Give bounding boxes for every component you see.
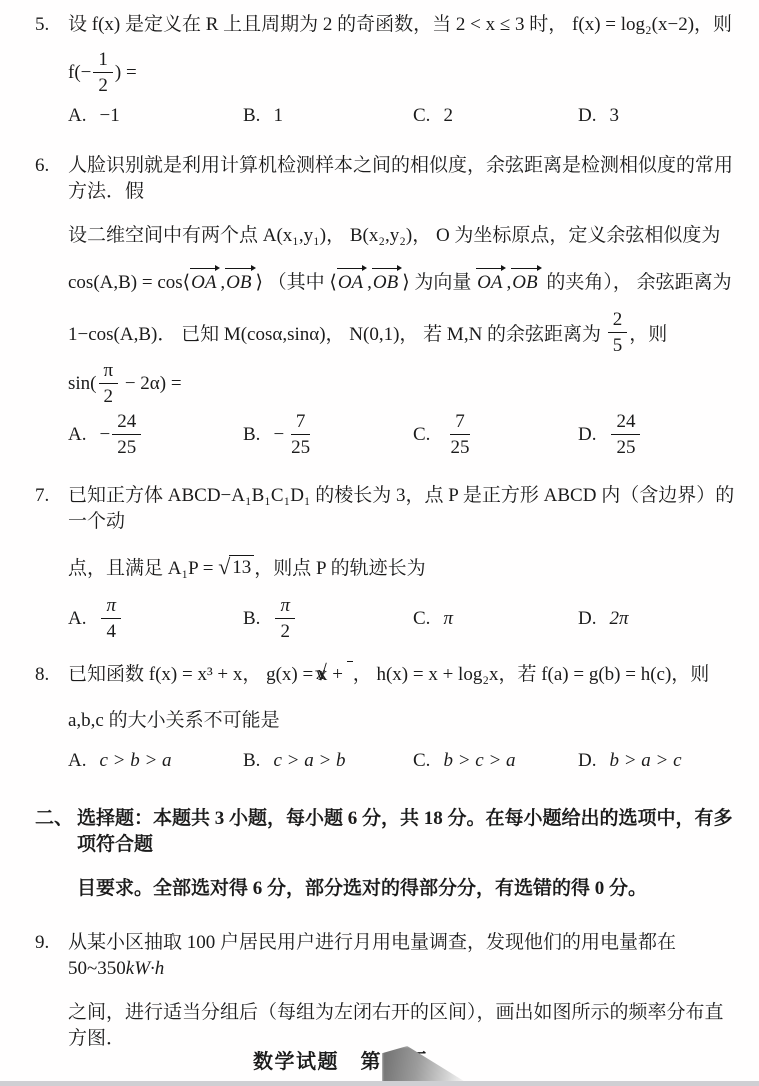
q7-line-1: 7.已知正方体 ABCD−A₁B₁C₁D₁ 的棱长为 3，点 P 是正方形 AB…	[68, 483, 735, 535]
option-d: D.3	[578, 105, 735, 127]
q6-number: 6.	[35, 153, 68, 179]
vector-OA: OA	[190, 265, 220, 296]
q7-number: 7.	[35, 483, 68, 509]
q5-line-1: 5.设 f(x) 是定义在 R 上且周期为 2 的奇函数，当 2 < x ≤ 3…	[68, 12, 735, 38]
q6-line-1: 6.人脸识别就是利用计算机检测样本之间的相似度，余弦距离是检测相似度的常用方法．…	[68, 153, 735, 205]
vector-OA: OA	[476, 265, 506, 296]
q9-line-2: 之间，进行适当分组后（每组为左闭右开的区间），画出如图所示的频率分布直方图．	[68, 1000, 735, 1052]
option-b: B.π2	[243, 594, 413, 643]
q8-line-1: 8.已知函数 f(x) = x³ + x， g(x) = x + √x， h(x…	[68, 661, 735, 688]
q6-line-3: cos(A,B) = cos⟨OA,OB⟩ （其中 ⟨OA,OB⟩ 为向量 OA…	[68, 265, 735, 296]
option-c: C.b > c > a	[413, 750, 578, 772]
option-b: B.c > a > b	[243, 750, 413, 772]
section-2-header: 二、选择题：本题共 3 小题，每小题 6 分，共 18 分。在每小题给出的选项中…	[35, 806, 735, 902]
vector-OA: OA	[337, 265, 367, 296]
fraction: 725	[286, 410, 315, 459]
q9-number: 9.	[35, 930, 68, 956]
fraction: π2	[275, 594, 295, 643]
q8-line-2: a,b,c 的大小关系不可能是	[68, 708, 735, 734]
exam-page: 5.设 f(x) 是定义在 R 上且周期为 2 的奇函数，当 2 < x ≤ 3…	[0, 0, 759, 1086]
q7-options: A.π4 B.π2 C.π D.2π	[68, 594, 735, 643]
option-a: A.c > b > a	[68, 750, 243, 772]
fraction: 725	[445, 410, 474, 459]
option-d: D.2425	[578, 410, 735, 459]
section2-line-2: 目要求。全部选对得 6 分，部分选对的得部分分，有选错的得 0 分。	[77, 876, 735, 902]
q7-line-2: 点，且满足 A₁P = √13，则点 P 的轨迹长为	[68, 555, 735, 582]
q7-line1-text: 已知正方体 ABCD−A₁B₁C₁D₁ 的棱长为 3，点 P 是正方形 ABCD…	[68, 485, 734, 532]
question-6: 6.人脸识别就是利用计算机检测样本之间的相似度，余弦距离是检测相似度的常用方法．…	[35, 153, 735, 459]
fraction: 2425	[112, 410, 141, 459]
option-a: A.−2425	[68, 410, 243, 459]
fraction: π4	[101, 594, 121, 643]
fraction: 2425	[611, 410, 640, 459]
q9-line-1: 9.从某小区抽取 100 户居民用户进行月用电量调查，发现他们的用电量都在 50…	[68, 930, 735, 982]
q5-number: 5.	[35, 12, 68, 38]
option-c: C.π	[413, 608, 578, 630]
question-5: 5.设 f(x) 是定义在 R 上且周期为 2 的奇函数，当 2 < x ≤ 3…	[35, 12, 735, 127]
option-c: C.725	[413, 410, 578, 459]
q5-expr-post: ) =	[115, 62, 137, 84]
option-c: C.2	[413, 105, 578, 127]
section2-number: 二、	[35, 806, 77, 832]
fraction: 12	[93, 48, 113, 97]
fraction: π2	[99, 359, 119, 408]
scan-edge	[0, 1081, 759, 1086]
option-d: D.b > a > c	[578, 750, 735, 772]
q5-expression: f(− 12 ) =	[68, 48, 735, 97]
fraction: 25	[608, 308, 628, 357]
q6-line-4: 1−cos(A,B)． 已知 M(cosα,sinα)， N(0,1)， 若 M…	[68, 308, 735, 357]
vector-OB: OB	[225, 265, 255, 296]
vector-OB: OB	[511, 265, 541, 296]
option-b: B.−725	[243, 410, 413, 459]
q8-options: A.c > b > a B.c > a > b C.b > c > a D.b …	[68, 750, 735, 772]
q5-line1-text: 设 f(x) 是定义在 R 上且周期为 2 的奇函数，当 2 < x ≤ 3 时…	[68, 14, 732, 35]
section2-line-1: 二、选择题：本题共 3 小题，每小题 6 分，共 18 分。在每小题给出的选项中…	[77, 806, 735, 858]
option-a: A.−1	[68, 105, 243, 127]
question-9: 9.从某小区抽取 100 户居民用户进行月用电量调查，发现他们的用电量都在 50…	[35, 930, 735, 1052]
question-8: 8.已知函数 f(x) = x³ + x， g(x) = x + √x， h(x…	[35, 661, 735, 772]
unit-kwh: kW·h	[126, 958, 165, 979]
option-a: A.π4	[68, 594, 243, 643]
option-d: D.2π	[578, 608, 735, 630]
q8-number: 8.	[35, 662, 68, 688]
option-b: B.1	[243, 105, 413, 127]
vector-OB: OB	[372, 265, 402, 296]
q6-line-5: sin( π2 − 2α) =	[68, 359, 735, 408]
q6-line1-text: 人脸识别就是利用计算机检测样本之间的相似度，余弦距离是检测相似度的常用方法．假	[68, 155, 733, 202]
q6-options: A.−2425 B.−725 C.725 D.2425	[68, 410, 735, 459]
q6-line-2: 设二维空间中有两个点 A(x₁,y₁)， B(x₂,y₂)， O 为坐标原点，定…	[68, 223, 735, 249]
square-root: √13	[218, 555, 254, 580]
q5-expr-pre: f(−	[68, 62, 91, 84]
q5-options: A.−1 B.1 C.2 D.3	[68, 105, 735, 127]
question-7: 7.已知正方体 ABCD−A₁B₁C₁D₁ 的棱长为 3，点 P 是正方形 AB…	[35, 483, 735, 643]
